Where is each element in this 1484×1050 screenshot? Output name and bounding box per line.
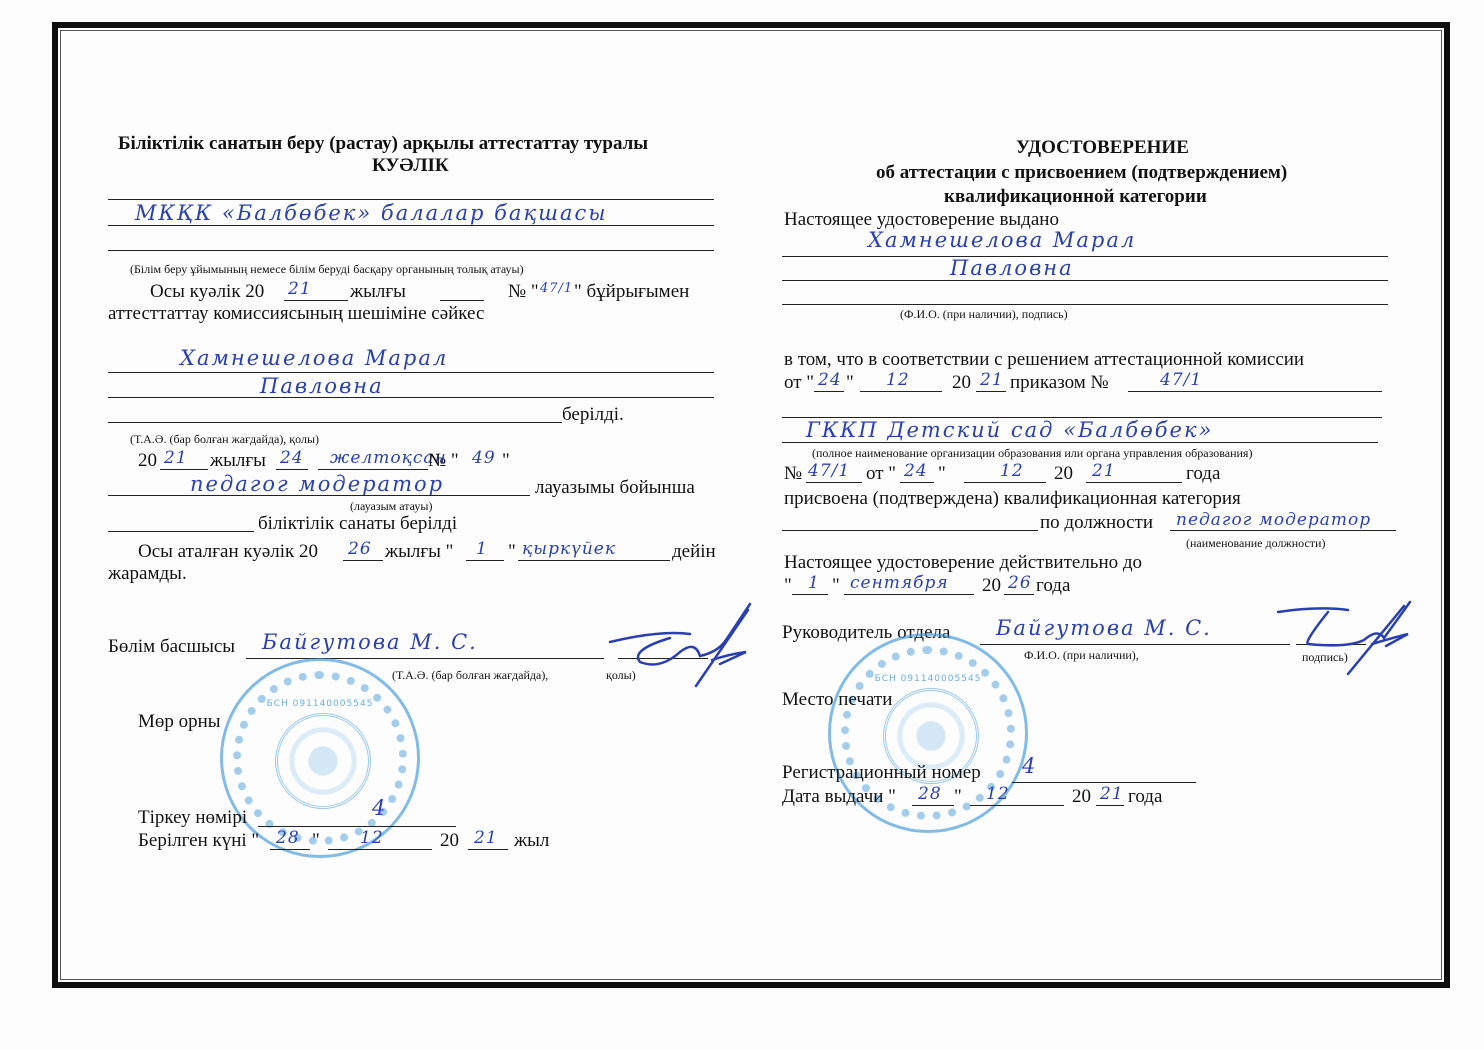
kz-date-word: жылғы xyxy=(210,450,266,472)
ru-signature-icon xyxy=(1268,598,1428,678)
ru-title-line3: квалификационной категории xyxy=(944,186,1207,208)
ru-valid-year: 26 xyxy=(1008,571,1032,595)
kz-valid-p3: " xyxy=(508,541,516,563)
kz-issued-word: берілді. xyxy=(562,404,624,426)
ru-no-year: 21 xyxy=(1092,459,1116,483)
kz-issued-label: Берілген күні " xyxy=(138,830,259,852)
ru-name-line2: Павловна xyxy=(950,256,1074,280)
kz-issued-year-prefix: 20 xyxy=(440,830,459,852)
ru-date-year: 21 xyxy=(1100,782,1124,806)
kz-date-prefix: 20 xyxy=(138,450,157,472)
ru-no-month-line xyxy=(964,482,1046,483)
kz-name-line-3 xyxy=(108,422,562,423)
kz-issued-day: 28 xyxy=(276,826,300,850)
ru-valid-q1: " xyxy=(784,575,792,597)
ru-name-line-2 xyxy=(782,280,1388,281)
kz-intro-year: 21 xyxy=(288,277,312,301)
ru-decision-text: в том, что в соответствии с решением атт… xyxy=(784,349,1304,371)
kz-valid-day-line xyxy=(466,560,504,561)
ru-title-line2: об аттестации с присвоением (подтвержден… xyxy=(876,162,1287,184)
kz-name-line1: Хамнешелова Марал xyxy=(180,346,448,370)
ru-position-label: по должности xyxy=(1040,512,1153,534)
kz-position-handwritten: педагог модератор xyxy=(190,472,444,496)
ru-from-month: 12 xyxy=(886,368,910,392)
kz-intro-line2: аттесттаттау комиссиясының шешіміне сәйк… xyxy=(108,303,484,325)
ru-valid-day: 1 xyxy=(808,571,820,595)
kz-intro-p1: Осы куәлік 20 xyxy=(150,281,264,303)
ru-no-day-line xyxy=(900,482,934,483)
kz-issued-q: " xyxy=(312,830,320,852)
kz-issued-year-line xyxy=(468,849,508,850)
kz-date-month-line xyxy=(318,469,428,470)
kz-intro-order-no: 47/1 xyxy=(540,277,573,301)
kz-org-handwritten: МКҚК «Балбөбек» балалар бақшасы xyxy=(135,201,607,225)
kz-issued-day-line xyxy=(270,849,310,850)
ru-name-line1: Хамнешелова Марал xyxy=(868,228,1136,252)
kz-date-day-line xyxy=(276,469,308,470)
ru-valid-month: сентября xyxy=(850,571,949,595)
ru-valid-text: Настоящее удостоверение действительно до xyxy=(784,552,1142,574)
ru-reg-no: 4 xyxy=(1022,754,1037,778)
kz-issued-suffix: жыл xyxy=(514,830,549,852)
kz-name-line-2 xyxy=(108,397,714,398)
kz-stamp-bin: БСН 091140005545 xyxy=(223,699,417,709)
kz-official-stamp: БСН 091140005545 xyxy=(220,658,420,858)
ru-org-caption: (полное наименование организации образов… xyxy=(812,446,1252,460)
kz-head-label: Бөлім басшысы xyxy=(108,636,235,658)
ru-from-year-line xyxy=(976,391,1006,392)
kz-reg-no: 4 xyxy=(372,796,387,820)
ru-no-day: 24 xyxy=(904,459,928,483)
kz-category-line xyxy=(108,531,254,532)
ru-from-label: от " xyxy=(784,372,814,394)
ru-reg-label: Регистрационный номер xyxy=(782,762,981,784)
kz-position-caption: (лауазым атауы) xyxy=(350,499,432,513)
ru-org-handwritten: ГККП Детский сад «Балбөбек» xyxy=(806,418,1213,442)
kz-issued-month-line xyxy=(328,849,432,850)
ru-valid-month-line xyxy=(844,594,974,595)
kz-org-line-2 xyxy=(108,225,714,226)
kz-intro-p3: № " xyxy=(508,281,539,303)
ru-valid-q2: " xyxy=(832,575,840,597)
ru-no-value: 47/1 xyxy=(808,459,850,483)
ru-order-label: приказом № xyxy=(1010,372,1109,394)
kz-head-name: Байгутова М. С. xyxy=(262,630,478,654)
kz-valid-year: 26 xyxy=(348,537,372,561)
kz-issued-year: 21 xyxy=(474,826,498,850)
ru-head-name: Байгутова М. С. xyxy=(996,616,1212,640)
ru-date-year-prefix: 20 xyxy=(1072,786,1091,808)
kz-org-line-1 xyxy=(108,199,714,200)
ru-assigned-text: присвоена (подтверждена) квалификационна… xyxy=(784,488,1241,510)
ru-date-suffix: года xyxy=(1128,786,1162,808)
kz-head-name-line xyxy=(246,658,604,659)
kz-valid-line2: жарамды. xyxy=(108,563,187,585)
kz-reg-label: Тіркеу нөмірі xyxy=(138,807,247,829)
ru-date-day-line xyxy=(912,805,954,806)
ru-from-day: 24 xyxy=(818,368,842,392)
kz-title-line2: КУӘЛІК xyxy=(372,155,449,177)
ru-stamp-bin: БСН 091140005545 xyxy=(831,674,1025,684)
kz-position-line xyxy=(108,495,530,496)
kz-valid-p2: жылғы " xyxy=(385,541,453,563)
ru-head-caption-name: Ф.И.О. (при наличии), xyxy=(1024,648,1139,662)
ru-no-month: 12 xyxy=(1000,459,1024,483)
ru-position-caption: (наименование должности) xyxy=(1186,536,1325,550)
kz-category-text: біліктілік санаты берілді xyxy=(258,513,457,535)
ru-order-line xyxy=(1128,391,1382,392)
kz-name-line2: Павловна xyxy=(260,374,384,398)
kz-org-line-3 xyxy=(108,250,714,251)
ru-name-caption: (Ф.И.О. (при наличии), подпись) xyxy=(900,307,1068,321)
kz-valid-year-line xyxy=(343,560,383,561)
kz-issued-month: 12 xyxy=(360,826,384,850)
kz-valid-month: қыркүйек xyxy=(522,537,616,561)
ru-from-year: 21 xyxy=(980,368,1004,392)
kz-org-caption: (Білім беру ұйымының немесе білім беруді… xyxy=(130,262,524,276)
ru-date-label: Дата выдачи " xyxy=(782,786,896,808)
kz-intro-year-line xyxy=(284,300,348,301)
ru-no-value-line xyxy=(806,482,862,483)
kz-date-year: 21 xyxy=(164,446,188,470)
ru-no-label: № xyxy=(784,463,802,485)
kz-valid-month-line xyxy=(518,560,670,561)
ru-category-line xyxy=(782,530,1038,531)
ru-name-line-1 xyxy=(782,256,1388,257)
ru-no-year-line xyxy=(1086,482,1182,483)
kz-seal-label: Мөр орны xyxy=(138,711,221,733)
ru-name-line-3 xyxy=(782,304,1388,305)
ru-date-year-line xyxy=(1096,805,1124,806)
kz-name-line-1 xyxy=(108,372,714,373)
ru-valid-year-line xyxy=(1004,594,1034,595)
ru-no-suffix: года xyxy=(1186,463,1220,485)
kz-valid-p4: дейін xyxy=(672,541,716,563)
ru-date-day: 28 xyxy=(918,782,942,806)
kz-date-no-label: № " xyxy=(428,450,459,472)
kz-head-caption-name: (Т.А.Ә. (бар болған жағдайда), xyxy=(392,668,548,682)
kz-date-year-line xyxy=(160,469,208,470)
ru-head-name-line xyxy=(980,644,1290,645)
kz-date-no-close: " xyxy=(502,450,510,472)
kz-valid-p1: Осы аталған куәлік 20 xyxy=(138,541,318,563)
kz-date-day: 24 xyxy=(280,446,304,470)
kz-signature-icon xyxy=(600,600,760,690)
ru-from-q: " xyxy=(846,372,854,394)
ru-position-handwritten: педагог модератор xyxy=(1176,508,1371,532)
kz-valid-day: 1 xyxy=(476,537,488,561)
ru-seal-label: Место печати xyxy=(782,689,892,711)
ru-date-month: 12 xyxy=(986,782,1010,806)
ru-date-month-line xyxy=(970,805,1064,806)
kz-name-caption: (Т.А.Ә. (бар болған жағдайда), қолы) xyxy=(130,432,319,446)
ru-no-from: от " xyxy=(866,463,896,485)
ru-date-q: " xyxy=(954,786,962,808)
ru-valid-suffix: года xyxy=(1036,575,1070,597)
kz-position-suffix: лауазымы бойынша xyxy=(535,477,695,499)
ru-from-year-prefix: 20 xyxy=(952,372,971,394)
ru-valid-day-line xyxy=(792,594,828,595)
ru-order-no: 47/1 xyxy=(1160,368,1202,392)
ru-from-day-line xyxy=(814,391,844,392)
kz-intro-p4: " бұйрығымен xyxy=(574,281,689,303)
ru-from-month-line xyxy=(860,391,942,392)
ru-no-q: " xyxy=(938,463,946,485)
ru-no-year-prefix: 20 xyxy=(1054,463,1073,485)
kz-title-line1: Біліктілік санатын беру (растау) арқылы … xyxy=(118,133,648,155)
ru-valid-year-prefix: 20 xyxy=(982,575,1001,597)
ru-position-line xyxy=(1170,530,1396,531)
ru-org-line-2 xyxy=(782,442,1378,443)
kz-intro-p2: жылғы xyxy=(350,281,406,303)
kz-intro-blank-line xyxy=(440,300,484,301)
kz-date-no: 49 xyxy=(472,446,496,470)
ru-title-line1: УДОСТОВЕРЕНИЕ xyxy=(1016,137,1189,159)
